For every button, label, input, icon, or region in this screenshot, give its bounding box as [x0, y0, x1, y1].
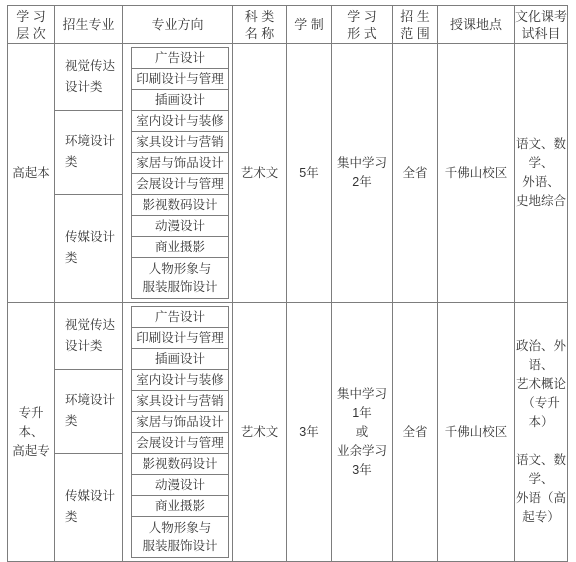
direction-cell: 会展设计与管理	[123, 432, 233, 453]
direction-box: 动漫设计	[131, 215, 229, 236]
direction-cell: 家具设计与营销	[123, 390, 233, 411]
header-exam-subjects: 文化课考 试科目	[515, 6, 568, 44]
direction-cell: 家居与饰品设计	[123, 152, 233, 173]
major-category-cell: 传媒设计类	[55, 453, 123, 562]
major-category-cell: 视觉传达 设计类	[55, 44, 123, 111]
direction-box: 家居与饰品设计	[131, 152, 229, 173]
direction-cell: 商业摄影	[123, 236, 233, 257]
major-category-cell: 视觉传达 设计类	[55, 303, 123, 370]
table-row: 专升本、 高起专 视觉传达 设计类 广告设计 艺术文 3年 集中学习 1年 或 …	[8, 303, 568, 328]
direction-box: 插画设计	[131, 348, 229, 369]
direction-box: 印刷设计与管理	[131, 327, 229, 348]
header-duration: 学 制	[287, 6, 332, 44]
direction-cell: 室内设计与装修	[123, 110, 233, 131]
direction-cell: 人物形象与 服装服饰设计	[123, 257, 233, 303]
direction-box: 广告设计	[131, 306, 229, 327]
direction-cell: 影视数码设计	[123, 194, 233, 215]
direction-box: 室内设计与装修	[131, 110, 229, 131]
duration-cell: 5年	[287, 44, 332, 303]
scope-cell: 全省	[393, 44, 438, 303]
direction-cell: 家居与饰品设计	[123, 411, 233, 432]
direction-cell: 插画设计	[123, 348, 233, 369]
direction-cell: 商业摄影	[123, 495, 233, 516]
direction-box: 插画设计	[131, 89, 229, 110]
direction-box: 影视数码设计	[131, 453, 229, 474]
direction-box: 广告设计	[131, 47, 229, 68]
direction-box: 家具设计与营销	[131, 131, 229, 152]
direction-cell: 会展设计与管理	[123, 173, 233, 194]
header-study-level: 学 习 层 次	[8, 6, 55, 44]
direction-box: 会展设计与管理	[131, 432, 229, 453]
page: 学 习 层 次 招生专业 专业方向 科 类 名 称 学 制 学 习 形 式 招 …	[0, 0, 576, 529]
direction-cell: 印刷设计与管理	[123, 68, 233, 89]
direction-box: 人物形象与 服装服饰设计	[131, 257, 229, 299]
direction-box: 家具设计与营销	[131, 390, 229, 411]
direction-box: 家居与饰品设计	[131, 411, 229, 432]
exam-subjects-cell: 语文、数 学、 外语、 史地综合	[515, 44, 568, 303]
study-form-cell: 集中学习 2年	[332, 44, 393, 303]
direction-box: 影视数码设计	[131, 194, 229, 215]
admission-programs-table: 学 习 层 次 招生专业 专业方向 科 类 名 称 学 制 学 习 形 式 招 …	[7, 5, 568, 562]
category-name-cell: 艺术文	[233, 303, 287, 562]
table-row: 高起本 视觉传达 设计类 广告设计 艺术文 5年 集中学习 2年 全省 千佛山校…	[8, 44, 568, 69]
major-category-cell: 传媒设计类	[55, 194, 123, 303]
major-category-cell: 环境设计类	[55, 110, 123, 194]
direction-box: 会展设计与管理	[131, 173, 229, 194]
direction-cell: 影视数码设计	[123, 453, 233, 474]
study-level-cell: 高起本	[8, 44, 55, 303]
direction-cell: 动漫设计	[123, 474, 233, 495]
direction-box: 动漫设计	[131, 474, 229, 495]
direction-box: 印刷设计与管理	[131, 68, 229, 89]
header-category-name: 科 类 名 称	[233, 6, 287, 44]
study-form-cell: 集中学习 1年 或 业余学习 3年	[332, 303, 393, 562]
direction-box: 商业摄影	[131, 236, 229, 257]
major-category-cell: 环境设计类	[55, 369, 123, 453]
study-level-cell: 专升本、 高起专	[8, 303, 55, 562]
direction-cell: 家具设计与营销	[123, 131, 233, 152]
header-study-form: 学 习 形 式	[332, 6, 393, 44]
direction-box: 商业摄影	[131, 495, 229, 516]
header-major-direction: 专业方向	[123, 6, 233, 44]
scope-cell: 全省	[393, 303, 438, 562]
header-enrollment-scope: 招 生 范 围	[393, 6, 438, 44]
direction-box: 人物形象与 服装服饰设计	[131, 516, 229, 558]
duration-cell: 3年	[287, 303, 332, 562]
header-row: 学 习 层 次 招生专业 专业方向 科 类 名 称 学 制 学 习 形 式 招 …	[8, 6, 568, 44]
direction-cell: 印刷设计与管理	[123, 327, 233, 348]
category-name-cell: 艺术文	[233, 44, 287, 303]
direction-cell: 室内设计与装修	[123, 369, 233, 390]
location-cell: 千佛山校区	[438, 303, 515, 562]
direction-cell: 插画设计	[123, 89, 233, 110]
direction-cell: 人物形象与 服装服饰设计	[123, 516, 233, 562]
direction-cell: 动漫设计	[123, 215, 233, 236]
exam-subjects-cell: 政治、外 语、 艺术概论 （专升 本） 语文、数 学、 外语（高 起专）	[515, 303, 568, 562]
direction-cell: 广告设计	[123, 303, 233, 328]
direction-box: 室内设计与装修	[131, 369, 229, 390]
direction-cell: 广告设计	[123, 44, 233, 69]
location-cell: 千佛山校区	[438, 44, 515, 303]
header-teaching-location: 授课地点	[438, 6, 515, 44]
header-enrollment-major: 招生专业	[55, 6, 123, 44]
